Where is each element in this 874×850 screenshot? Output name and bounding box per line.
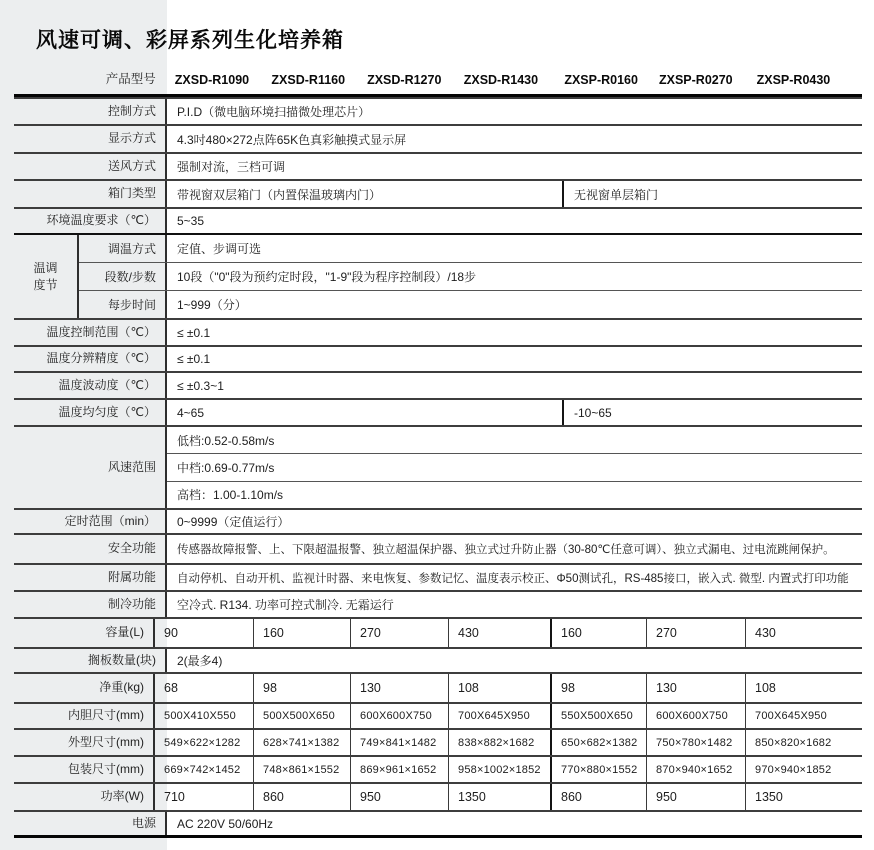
row-label: 制冷功能 bbox=[14, 592, 167, 617]
model-name: ZXSD-R1160 bbox=[261, 73, 357, 94]
cell-value: 628×741×1382 bbox=[253, 730, 350, 755]
row-value: 强制对流，三档可调 bbox=[167, 154, 862, 179]
subrow-value: 低档:0.52-0.58m/s bbox=[167, 427, 862, 453]
cell-value: 770×880×1552 bbox=[550, 757, 646, 782]
cell-value: 950 bbox=[646, 784, 745, 810]
row-cells: 500X410X550 500X500X650 600X600X750 700X… bbox=[155, 704, 862, 728]
model-name: ZXSP-R0160 bbox=[554, 73, 649, 94]
subrow-label: 段数/步数 bbox=[79, 263, 167, 290]
cell-value: 160 bbox=[253, 619, 350, 647]
row-cells: 710 860 950 1350 860 950 1350 bbox=[155, 784, 862, 810]
cell-value: 870×940×1652 bbox=[646, 757, 745, 782]
row-value: 2(最多4) bbox=[167, 649, 862, 672]
subrow-value: 中档:0.69-0.77m/s bbox=[167, 454, 862, 480]
row-label: 温度波动度（℃） bbox=[14, 373, 167, 398]
cell-value: 710 bbox=[155, 784, 253, 810]
cell-value: 430 bbox=[448, 619, 550, 647]
cell-value: 750×780×1482 bbox=[646, 730, 745, 755]
cell-value: 860 bbox=[253, 784, 350, 810]
cell-value: 749×841×1482 bbox=[350, 730, 448, 755]
row-label: 温度均匀度（℃） bbox=[14, 400, 167, 425]
row-temp-uniformity: 温度均匀度（℃） 4~65 -10~65 bbox=[14, 398, 862, 425]
cell-value: 958×1002×1852 bbox=[448, 757, 550, 782]
row-label: 净重(kg) bbox=[14, 674, 155, 702]
row-power-supply: 电源 AC 220V 50/60Hz bbox=[14, 810, 862, 838]
subrow-label: 调温方式 bbox=[79, 235, 167, 262]
group-label-line1: 温调 bbox=[33, 260, 57, 276]
row-value: 空冷式. R134. 功率可控式制冷. 无霜运行 bbox=[167, 592, 862, 617]
row-value: 5~35 bbox=[167, 209, 862, 233]
row-packing-size: 包装尺寸(mm) 669×742×1452 748×861×1552 869×9… bbox=[14, 755, 862, 782]
group-label: 风速范围 bbox=[14, 427, 167, 508]
cell-value: 669×742×1452 bbox=[155, 757, 253, 782]
row-label: 搁板数量(块) bbox=[14, 649, 167, 672]
row-display-method: 显示方式 4.3吋480×272点阵65K色真彩触摸式显示屏 bbox=[14, 124, 862, 152]
cell-value: 270 bbox=[646, 619, 745, 647]
row-value: ≤ ±0.1 bbox=[167, 347, 862, 371]
row-label: 环境温度要求（℃） bbox=[14, 209, 167, 233]
spec-sheet: 风速可调、彩屏系列生化培养箱 产品型号 ZXSD-R1090 ZXSD-R116… bbox=[0, 0, 874, 850]
row-cells: 68 98 130 108 98 130 108 bbox=[155, 674, 862, 702]
subrow-step-time: 每步时间 1~999（分） bbox=[79, 290, 862, 318]
row-label: 送风方式 bbox=[14, 154, 167, 179]
row-value: AC 220V 50/60Hz bbox=[167, 812, 862, 835]
cell-value: 838×882×1682 bbox=[448, 730, 550, 755]
row-temp-fluctuation: 温度波动度（℃） ≤ ±0.3~1 bbox=[14, 371, 862, 398]
row-capacity: 容量(L) 90 160 270 430 160 270 430 bbox=[14, 617, 862, 647]
model-name: ZXSD-R1270 bbox=[357, 73, 454, 94]
cell-value: 549×622×1282 bbox=[155, 730, 253, 755]
row-value-left: 带视窗双层箱门（内置保温玻璃内门） bbox=[167, 181, 562, 207]
row-value-right: -10~65 bbox=[562, 400, 862, 425]
cell-value: 130 bbox=[646, 674, 745, 702]
row-ambient-temp: 环境温度要求（℃） 5~35 bbox=[14, 207, 862, 233]
row-label: 电源 bbox=[14, 812, 167, 835]
row-timer-range: 定时范围（min） 0~9999（定值运行） bbox=[14, 508, 862, 533]
group-subrows: 调温方式 定值、步调可选 段数/步数 10段（"0"段为预约定时段，"1-9"段… bbox=[79, 235, 862, 318]
cell-value: 130 bbox=[350, 674, 448, 702]
subrow-value: 1~999（分） bbox=[167, 291, 862, 318]
row-temp-resolution: 温度分辨精度（℃） ≤ ±0.1 bbox=[14, 345, 862, 371]
row-label: 容量(L) bbox=[14, 619, 155, 647]
cell-value: 108 bbox=[745, 674, 862, 702]
cell-value: 160 bbox=[550, 619, 646, 647]
page-title: 风速可调、彩屏系列生化培养箱 bbox=[36, 24, 344, 54]
row-cells: 669×742×1452 748×861×1552 869×961×1652 9… bbox=[155, 757, 862, 782]
group-subrows: 低档:0.52-0.58m/s 中档:0.69-0.77m/s 高档：1.00-… bbox=[167, 427, 862, 508]
row-label: 外型尺寸(mm) bbox=[14, 730, 155, 755]
cell-value: 970×940×1852 bbox=[745, 757, 862, 782]
cell-value: 600X600X750 bbox=[350, 704, 448, 728]
cell-value: 550X500X650 bbox=[550, 704, 646, 728]
group-label: 温调 度节 bbox=[14, 235, 79, 318]
row-value: ≤ ±0.3~1 bbox=[167, 373, 862, 398]
row-cells: 549×622×1282 628×741×1382 749×841×1482 8… bbox=[155, 730, 862, 755]
subrow-value: 定值、步调可选 bbox=[167, 235, 862, 262]
row-group-wind-speed: 风速范围 低档:0.52-0.58m/s 中档:0.69-0.77m/s 高档：… bbox=[14, 425, 862, 508]
row-temp-control-range: 温度控制范围（℃） ≤ ±0.1 bbox=[14, 318, 862, 345]
model-name: ZXSP-R0430 bbox=[747, 73, 862, 94]
cell-value: 700X645X950 bbox=[448, 704, 550, 728]
row-airflow-method: 送风方式 强制对流，三档可调 bbox=[14, 152, 862, 179]
row-power: 功率(W) 710 860 950 1350 860 950 1350 bbox=[14, 782, 862, 810]
row-label: 附属功能 bbox=[14, 565, 167, 590]
row-control-method: 控制方式 P.I.D（微电脑环境扫描微处理芯片） bbox=[14, 97, 862, 124]
row-value: P.I.D（微电脑环境扫描微处理芯片） bbox=[167, 99, 862, 124]
cell-value: 860 bbox=[550, 784, 646, 810]
subrow-wind-high: 高档：1.00-1.10m/s bbox=[167, 481, 862, 508]
cell-value: 430 bbox=[745, 619, 862, 647]
row-door-type: 箱门类型 带视窗双层箱门（内置保温玻璃内门） 无视窗单层箱门 bbox=[14, 179, 862, 207]
cell-value: 108 bbox=[448, 674, 550, 702]
row-label: 安全功能 bbox=[14, 535, 167, 563]
row-net-weight: 净重(kg) 68 98 130 108 98 130 108 bbox=[14, 672, 862, 702]
cell-value: 1350 bbox=[448, 784, 550, 810]
row-value: 传感器故障报警、上、下限超温报警、独立超温保护器、独立式过升防止器（30-80℃… bbox=[167, 535, 862, 563]
cell-value: 850×820×1682 bbox=[745, 730, 862, 755]
row-label: 显示方式 bbox=[14, 126, 167, 152]
group-label-line2: 度节 bbox=[33, 277, 57, 293]
cell-value: 270 bbox=[350, 619, 448, 647]
cell-value: 500X500X650 bbox=[253, 704, 350, 728]
subrow-wind-low: 低档:0.52-0.58m/s bbox=[167, 427, 862, 453]
model-header-label: 产品型号 bbox=[14, 69, 165, 94]
row-value-right: 无视窗单层箱门 bbox=[562, 181, 862, 207]
row-cells: 90 160 270 430 160 270 430 bbox=[155, 619, 862, 647]
row-safety-functions: 安全功能 传感器故障报警、上、下限超温报警、独立超温保护器、独立式过升防止器（3… bbox=[14, 533, 862, 563]
cell-value: 600X600X750 bbox=[646, 704, 745, 728]
row-shelves: 搁板数量(块) 2(最多4) bbox=[14, 647, 862, 672]
spec-table: 产品型号 ZXSD-R1090 ZXSD-R1160 ZXSD-R1270 ZX… bbox=[14, 60, 862, 838]
row-label: 箱门类型 bbox=[14, 181, 167, 207]
row-value: 4.3吋480×272点阵65K色真彩触摸式显示屏 bbox=[167, 126, 862, 152]
cell-value: 500X410X550 bbox=[155, 704, 253, 728]
row-label: 包装尺寸(mm) bbox=[14, 757, 155, 782]
cell-value: 68 bbox=[155, 674, 253, 702]
cell-value: 950 bbox=[350, 784, 448, 810]
row-label: 内胆尺寸(mm) bbox=[14, 704, 155, 728]
model-name: ZXSP-R0270 bbox=[649, 73, 747, 94]
cell-value: 650×682×1382 bbox=[550, 730, 646, 755]
row-cooling-function: 制冷功能 空冷式. R134. 功率可控式制冷. 无霜运行 bbox=[14, 590, 862, 617]
row-label: 定时范围（min） bbox=[14, 510, 167, 533]
row-value-left: 4~65 bbox=[167, 400, 562, 425]
subrow-label: 每步时间 bbox=[79, 291, 167, 318]
row-label: 功率(W) bbox=[14, 784, 155, 810]
row-outer-size: 外型尺寸(mm) 549×622×1282 628×741×1382 749×8… bbox=[14, 728, 862, 755]
cell-value: 98 bbox=[550, 674, 646, 702]
subrow-segments: 段数/步数 10段（"0"段为预约定时段，"1-9"段为程序控制段）/18步 bbox=[79, 262, 862, 290]
row-auxiliary-functions: 附属功能 自动停机、自动开机、监视计时器、来电恢复、参数记忆、温度表示校正、Φ5… bbox=[14, 563, 862, 590]
row-value: ≤ ±0.1 bbox=[167, 320, 862, 345]
row-label: 控制方式 bbox=[14, 99, 167, 124]
row-label: 温度分辨精度（℃） bbox=[14, 347, 167, 371]
row-group-temp-adjust: 温调 度节 调温方式 定值、步调可选 段数/步数 10段（"0"段为预约定时段，… bbox=[14, 233, 862, 318]
row-value: 自动停机、自动开机、监视计时器、来电恢复、参数记忆、温度表示校正、Φ50测试孔，… bbox=[167, 565, 862, 590]
model-name: ZXSD-R1430 bbox=[454, 73, 555, 94]
row-inner-size: 内胆尺寸(mm) 500X410X550 500X500X650 600X600… bbox=[14, 702, 862, 728]
cell-value: 1350 bbox=[745, 784, 862, 810]
row-label: 温度控制范围（℃） bbox=[14, 320, 167, 345]
cell-value: 748×861×1552 bbox=[253, 757, 350, 782]
cell-value: 869×961×1652 bbox=[350, 757, 448, 782]
subrow-value: 高档：1.00-1.10m/s bbox=[167, 482, 862, 508]
model-name: ZXSD-R1090 bbox=[165, 73, 262, 94]
cell-value: 98 bbox=[253, 674, 350, 702]
subrow-wind-mid: 中档:0.69-0.77m/s bbox=[167, 453, 862, 480]
row-value: 0~9999（定值运行） bbox=[167, 510, 862, 533]
subrow-temp-mode: 调温方式 定值、步调可选 bbox=[79, 235, 862, 262]
subrow-value: 10段（"0"段为预约定时段，"1-9"段为程序控制段）/18步 bbox=[167, 263, 862, 290]
cell-value: 90 bbox=[155, 619, 253, 647]
model-header-row: 产品型号 ZXSD-R1090 ZXSD-R1160 ZXSD-R1270 ZX… bbox=[14, 60, 862, 97]
cell-value: 700X645X950 bbox=[745, 704, 862, 728]
